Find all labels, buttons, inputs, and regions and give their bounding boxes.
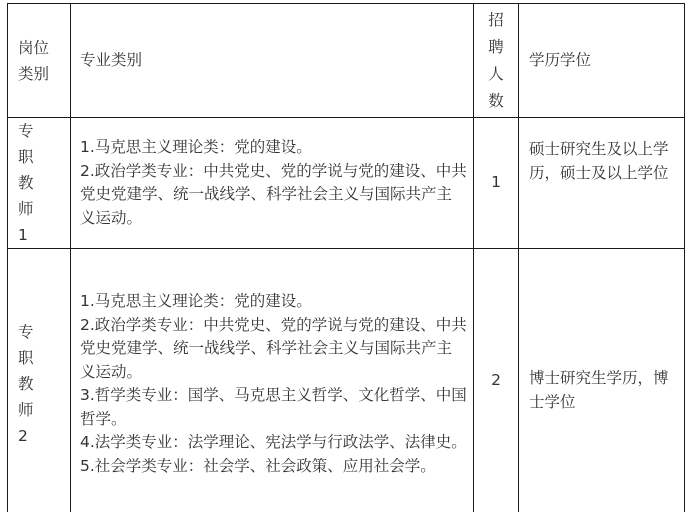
table-row: 专 职 教 师 1 1.马克思主义理论类：党的建设。 2.政治学类专业：中共党史… (8, 118, 685, 249)
major-item: 3.哲学类专业：国学、马克思主义哲学、文化哲学、中国哲学。 (80, 384, 467, 431)
header-degree: 学历学位 (519, 4, 685, 118)
header-major-category: 专业类别 (71, 4, 474, 118)
major-item: 2.政治学类专业：中共党史、党的学说与党的建设、中共党史党建学、统一战线学、科学… (80, 314, 467, 385)
position-line: 教 师 (18, 170, 66, 222)
header-position-line: 类别 (18, 61, 66, 87)
header-position-line: 岗位 (18, 35, 66, 61)
header-recruit-count: 招 聘 人 数 (474, 4, 519, 118)
major-item: 2.政治学类专业：中共党史、党的学说与党的建设、中共党史党建学、统一战线学、科学… (80, 160, 467, 231)
header-count-char: 招 (474, 7, 518, 34)
position-line: 教 师 (18, 371, 66, 423)
degree-cell: 硕士研究生及以上学历，硕士及以上学位 (519, 118, 685, 249)
header-position-category: 岗位 类别 (8, 4, 71, 118)
major-item: 1.马克思主义理论类：党的建设。 (80, 290, 467, 314)
recruit-count-cell: 1 (474, 118, 519, 249)
position-cell: 专 职 教 师 2 (8, 249, 71, 512)
major-item: 1.马克思主义理论类：党的建设。 (80, 136, 467, 160)
degree-cell: 博士研究生学历，博士学位 (519, 249, 685, 512)
position-line: 专 职 (18, 118, 66, 170)
major-cell: 1.马克思主义理论类：党的建设。 2.政治学类专业：中共党史、党的学说与党的建设… (71, 249, 474, 512)
major-cell: 1.马克思主义理论类：党的建设。 2.政治学类专业：中共党史、党的学说与党的建设… (71, 118, 474, 249)
major-item: 5.社会学类专业：社会学、社会政策、应用社会学。 (80, 455, 467, 479)
position-line: 专 职 (18, 319, 66, 371)
major-item: 4.法学类专业：法学理论、宪法学与行政法学、法律史。 (80, 431, 467, 455)
header-count-char: 聘 (474, 34, 518, 61)
position-line: 2 (18, 423, 66, 449)
header-count-char: 数 (474, 88, 518, 115)
table-row: 专 职 教 师 2 1.马克思主义理论类：党的建设。 2.政治学类专业：中共党史… (8, 249, 685, 512)
header-count-char: 人 (474, 61, 518, 88)
recruitment-table: 岗位 类别 专业类别 招 聘 人 数 学历学位 专 职 教 师 1 1.马克思主… (7, 3, 685, 512)
position-cell: 专 职 教 师 1 (8, 118, 71, 249)
table-header-row: 岗位 类别 专业类别 招 聘 人 数 学历学位 (8, 4, 685, 118)
recruit-count-cell: 2 (474, 249, 519, 512)
position-line: 1 (18, 222, 66, 248)
